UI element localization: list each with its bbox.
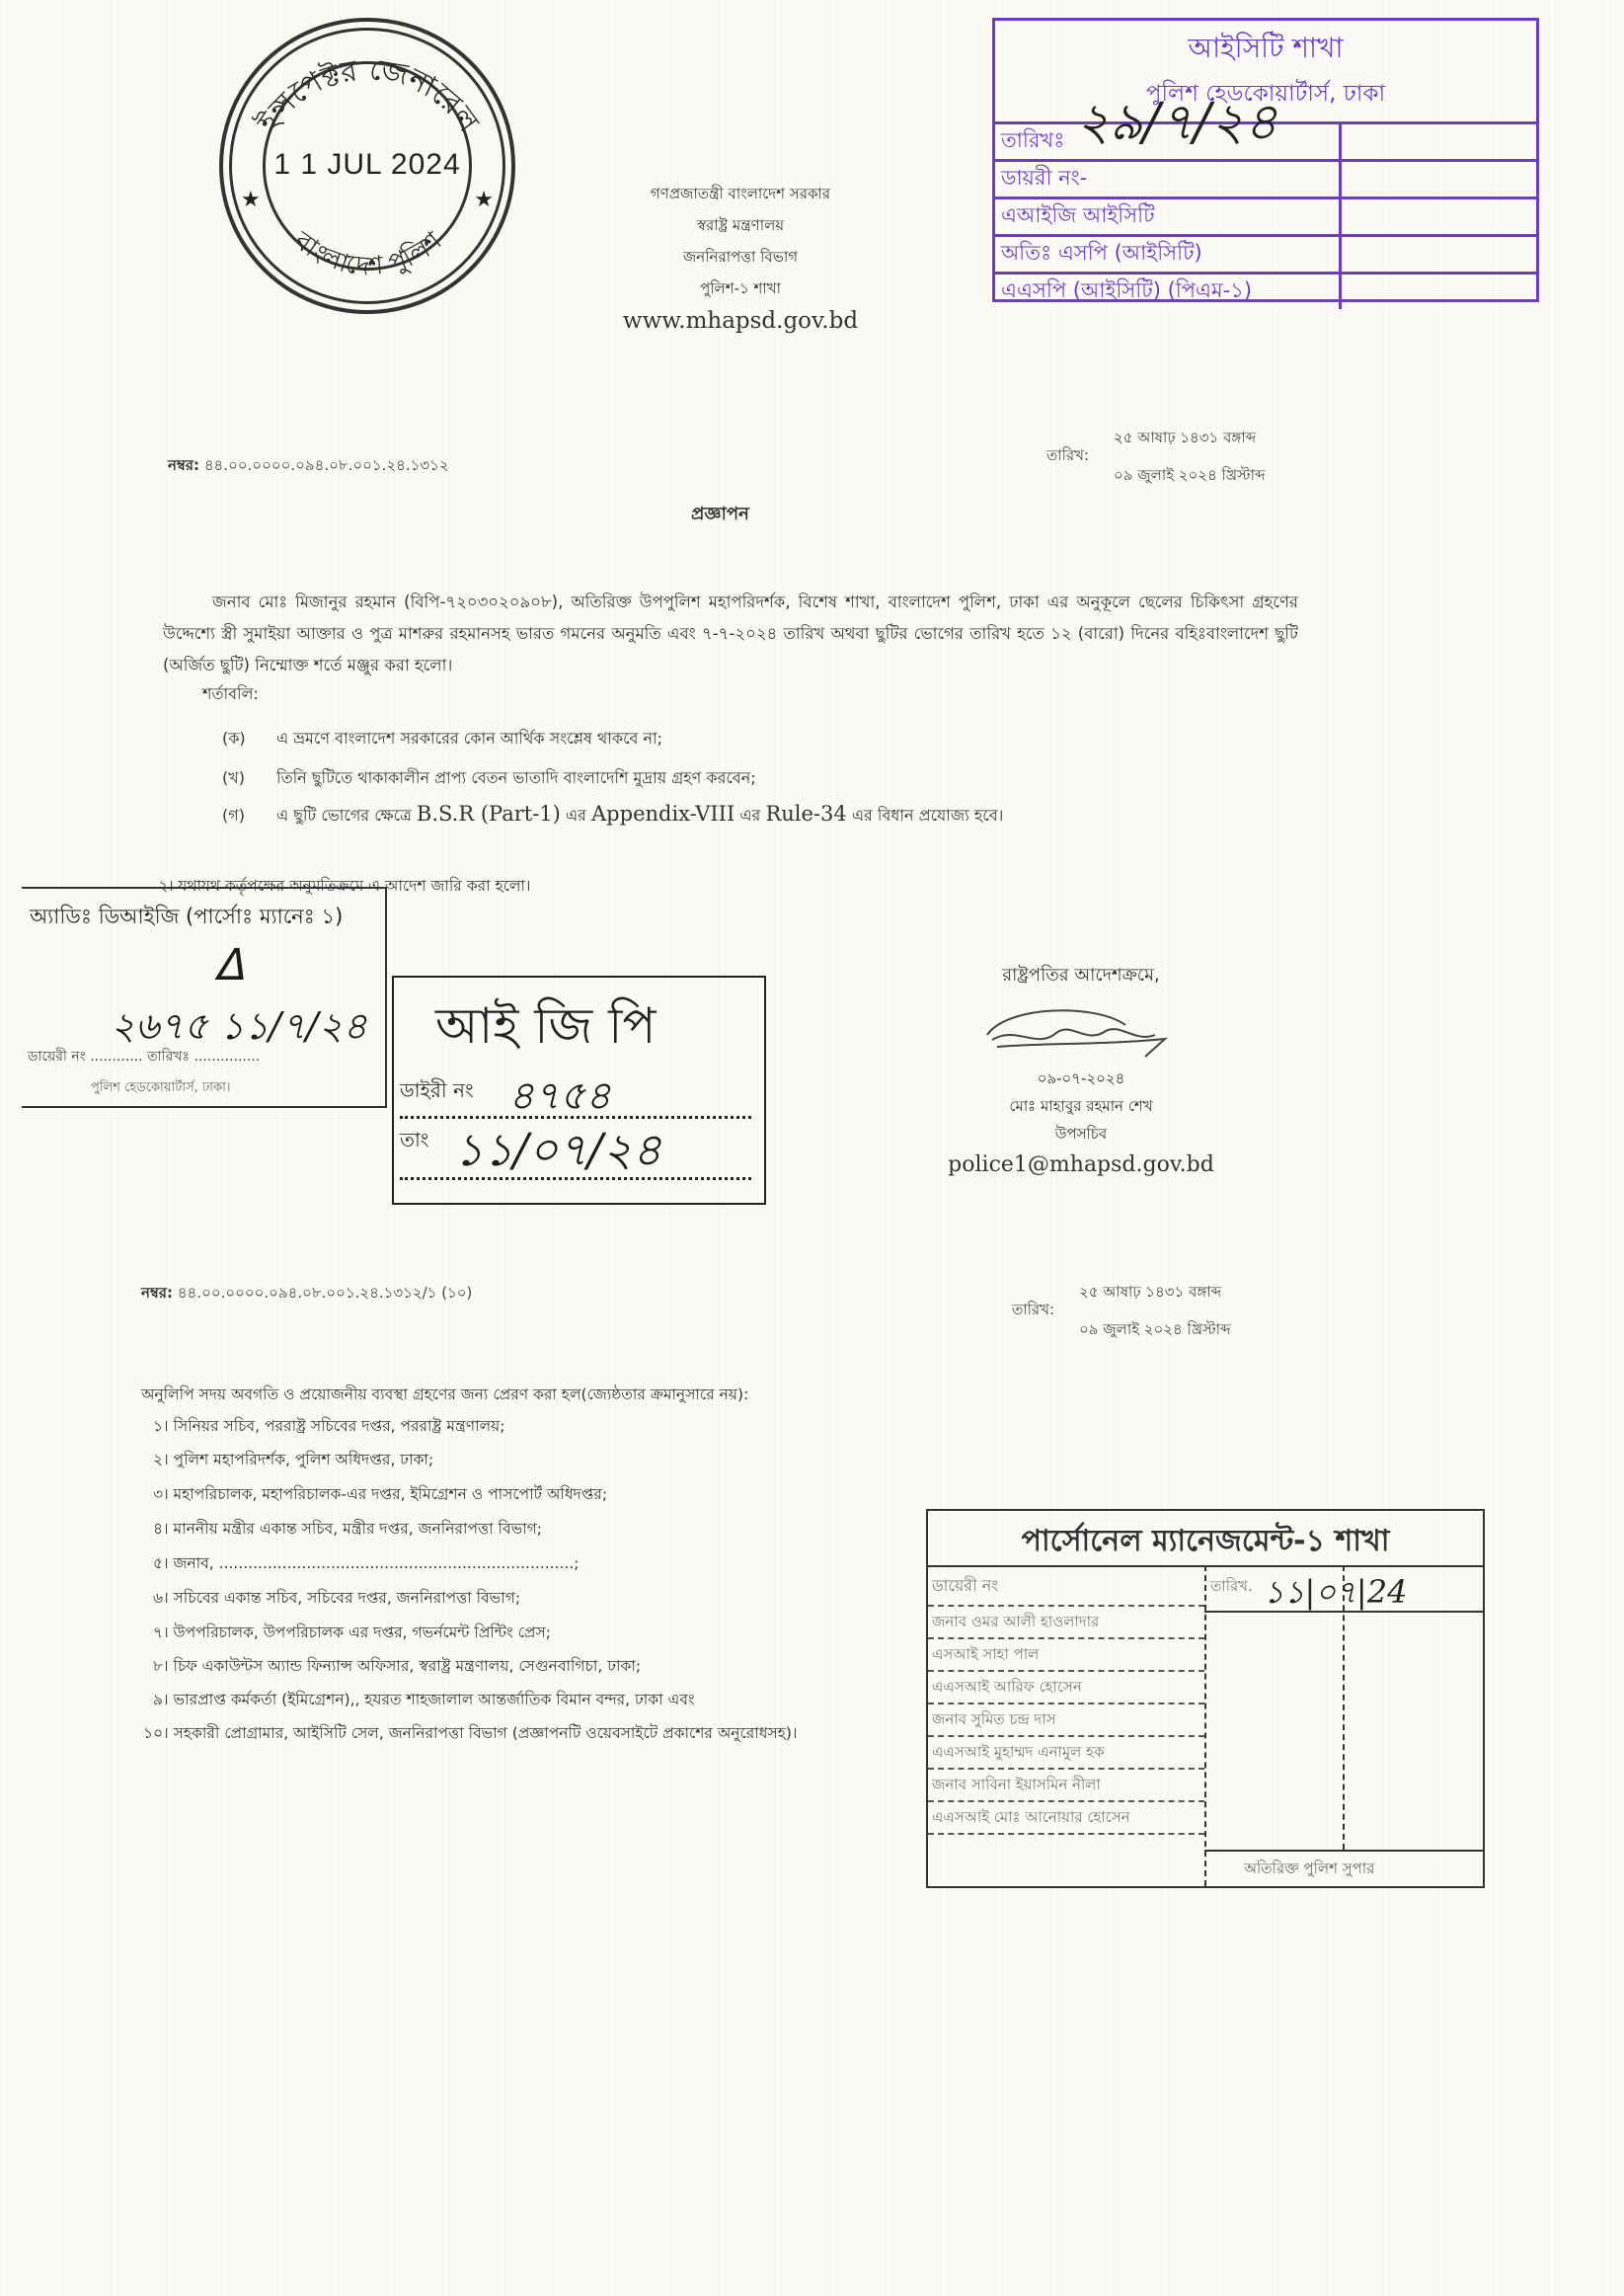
conditions-label: শর্তাবলি: <box>202 681 259 708</box>
igp-diary-label: ডাইরী নং <box>400 1078 474 1102</box>
header-government: গণপ্রজাতন্ত্রী বাংলাদেশ সরকার <box>553 178 928 209</box>
header-division: জননিরাপত্তা বিভাগ <box>553 241 928 273</box>
notification-title: প্রজ্ঞাপন <box>691 500 749 530</box>
signatory-designation: উপসচিব <box>869 1120 1293 1148</box>
signatory-email[interactable]: police1@mhapsd.gov.bd <box>869 1148 1293 1183</box>
date-bangla: ২৫ আষাঢ় ১৪৩১ বঙ্গাব্দ <box>1114 427 1256 451</box>
signature-scribble <box>869 995 1293 1065</box>
distribution-item: ৩। মহাপরিচালক, মহাপরিচালক-এর দপ্তর, ইমিগ… <box>153 1482 607 1508</box>
header-branch: পুলিশ-১ শাখা <box>553 273 928 304</box>
distribution-item: ৬। সচিবের একান্ত সচিব, সচিবের দপ্তর, জনন… <box>153 1586 520 1612</box>
ict-stamp-title: আইসিটি শাখা <box>995 27 1536 73</box>
pm-row: জনাব সাবিনা ইয়াসমিন নীলা <box>928 1768 1204 1800</box>
condition-item: (গ)এ ছুটি ভোগের ক্ষেত্রে B.S.R (Part-1) … <box>222 802 1003 830</box>
pm-stamp-title: পার্সোনেল ম্যানেজমেন্ট-১ শাখা <box>928 1517 1483 1567</box>
igp-stamp-title: আই জি পি <box>435 990 656 1071</box>
pm-row: এএসআই মোঃ আনোয়ার হোসেন <box>928 1800 1204 1835</box>
pm-row: ডায়েরী নং <box>928 1565 1204 1605</box>
ref-label: নম্বর: <box>168 456 199 474</box>
adig-diary-line: ডায়েরী নং ............ তারিখঃ .........… <box>28 1045 260 1069</box>
ig-round-seal: ইন্সপেক্টর জেনারেল বাংলাদেশ পুলিশ 1 1 JU… <box>219 18 515 314</box>
pm-row: এএসআই আরিফ হোসেন <box>928 1670 1204 1702</box>
pm-stamp-footer: অতিরিক্ত পুলিশ সুপার <box>1244 1858 1374 1882</box>
header-website[interactable]: www.mhapsd.gov.bd <box>553 304 928 338</box>
adig-personnel-stamp: অ্যাডিঃ ডিআইজি (পার্সোঃ ম্যানেঃ ১) ᐃ ২৬৭… <box>22 887 387 1108</box>
distribution-item: ৮। চিফ একাউন্টস অ্যান্ড ফিন্যান্স অফিসার… <box>153 1654 641 1680</box>
ict-branch-stamp: আইসিটি শাখা পুলিশ হেডকোয়ার্টার্স, ঢাকা … <box>992 18 1539 302</box>
notification-body: জনাব মোঃ মিজানুর রহমান (বিপি-৭২০৩০২০৯০৮)… <box>163 587 1298 681</box>
star-icon: ★ <box>241 188 261 212</box>
ict-row-asp: এএসপি (আইসিটি) (পিএম-১) <box>995 274 1341 310</box>
ict-handwritten-date: ২৯/৭/২৪ <box>1076 82 1277 168</box>
memo-date: তারিখ: ২৫ আষাঢ় ১৪৩১ বঙ্গাব্দ ০৯ জুলাই ২… <box>1046 427 1323 496</box>
copy-date-label: তারিখ: <box>1012 1299 1054 1323</box>
ict-row-addl-sp: অতিঃ এসপি (আইসিটি) <box>995 236 1341 274</box>
igp-date-label: তাং <box>400 1128 428 1151</box>
copy-date: তারিখ: ২৫ আষাঢ় ১৪৩১ বঙ্গাব্দ ০৯ জুলাই ২… <box>1012 1281 1288 1350</box>
pm-row: জনাব সুমিত চন্দ্র দাস <box>928 1702 1204 1735</box>
distribution-item: ২। পুলিশ মহাপরিদর্শক, পুলিশ অধিদপ্তর, ঢা… <box>153 1448 433 1473</box>
seal-date: 1 1 JUL 2024 <box>219 148 515 182</box>
condition-item: (ক)এ ভ্রমণে বাংলাদেশ সরকারের কোন আর্থিক … <box>222 726 662 752</box>
distribution-item: ১। সিনিয়র সচিব, পররাষ্ট্র সচিবের দপ্তর,… <box>153 1414 504 1440</box>
copy-date-gregorian: ০৯ জুলাই ২০২৪ খ্রিস্টাব্দ <box>1079 1318 1230 1343</box>
date-label: তারিখ: <box>1046 444 1089 469</box>
igp-date-value: ১১/০৭/২৪ <box>454 1116 661 1191</box>
distribution-item: ৫। জনাব, ...............................… <box>153 1551 580 1577</box>
adig-stamp-title: অ্যাডিঃ ডিআইজি (পার্সোঃ ম্যানেঃ ১) <box>30 901 385 935</box>
personnel-management-stamp: পার্সোনেল ম্যানেজমেন্ট-১ শাখা ডায়েরী নং… <box>926 1509 1485 1888</box>
date-gregorian: ০৯ জুলাই ২০২৪ খ্রিস্টাব্দ <box>1114 464 1265 489</box>
svg-text:বাংলাদেশ পুলিশ: বাংলাদেশ পুলিশ <box>288 225 448 281</box>
memo-reference: নম্বর: ৪৪.০০.০০০০.০৯৪.০৮.০০১.২৪.১৩১২ <box>168 454 449 479</box>
pm-row: এসআই সাহা পাল <box>928 1637 1204 1670</box>
signatory-name: মোঃ মাহাবুর রহমান শেখ <box>869 1092 1293 1120</box>
condition-item: (খ)তিনি ছুটিতে থাকাকালীন প্রাপ্য বেতন ভা… <box>222 765 756 792</box>
header-ministry: স্বরাষ্ট্র মন্ত্রণালয় <box>553 209 928 241</box>
adig-stamp-footer: পুলিশ হেডকোয়ার্টার্স, ঢাকা। <box>91 1078 231 1099</box>
distribution-intro: অনুলিপি সদয় অবগতি ও প্রয়োজনীয় ব্যবস্থ… <box>141 1383 748 1408</box>
star-icon: ★ <box>474 188 494 212</box>
pm-date-value: ১১|০৭|24 <box>1264 1567 1407 1621</box>
distribution-item: ১০। সহকারী প্রোগ্রামার, আইসিটি সেল, জননি… <box>143 1721 797 1747</box>
ict-row-aig: এআইজি আইসিটি <box>995 198 1341 236</box>
initial-mark: ᐃ <box>214 940 244 990</box>
pm-date-label: তারিখ. <box>1210 1575 1253 1600</box>
pm-row: জনাব ওমর আলী হাওলাদার <box>928 1605 1204 1637</box>
government-header: গণপ্রজাতন্ত্রী বাংলাদেশ সরকার স্বরাষ্ট্র… <box>553 178 928 338</box>
signature-date: ০৯-০৭-২০২৪ <box>869 1065 1293 1092</box>
distribution-item: ৯। ভারপ্রাপ্ত কর্মকর্তা (ইমিগ্রেশন),, হয… <box>153 1688 695 1713</box>
igp-stamp: আই জি পি ডাইরী নং৪৭৫৪ তাং১১/০৭/২৪ <box>392 976 766 1205</box>
copy-reference: নম্বর: ৪৪.০০.০০০০.০৯৪.০৮.০০১.২৪.১৩১২/১ (… <box>141 1282 472 1306</box>
copy-ref-number: ৪৪.০০.০০০০.০৯৪.০৮.০০১.২৪.১৩১২/১ (১০) <box>178 1284 473 1302</box>
svg-text:ইন্সপেক্টর জেনারেল: ইন্সপেক্টর জেনারেল <box>250 52 486 140</box>
distribution-item: ৪। মাননীয় মন্ত্রীর একান্ত সচিব, মন্ত্রী… <box>153 1517 542 1543</box>
signature-block: রাষ্ট্রপতির আদেশক্রমে, ০৯-০৭-২০২৪ মোঃ মা… <box>869 956 1293 1183</box>
distribution-item: ৭। উপপরিচালক, উপপরিচালক এর দপ্তর, গভর্নম… <box>153 1621 551 1646</box>
copy-date-bangla: ২৫ আষাঢ় ১৪৩১ বঙ্গাব্দ <box>1079 1281 1221 1306</box>
copy-ref-label: নম্বর: <box>141 1284 173 1302</box>
ref-number: ৪৪.০০.০০০০.০৯৪.০৮.০০১.২৪.১৩১২ <box>204 456 449 474</box>
order-line: রাষ্ট্রপতির আদেশক্রমে, <box>869 956 1293 995</box>
pm-row: এএসআই মুহাম্মদ এনামুল হক <box>928 1735 1204 1768</box>
